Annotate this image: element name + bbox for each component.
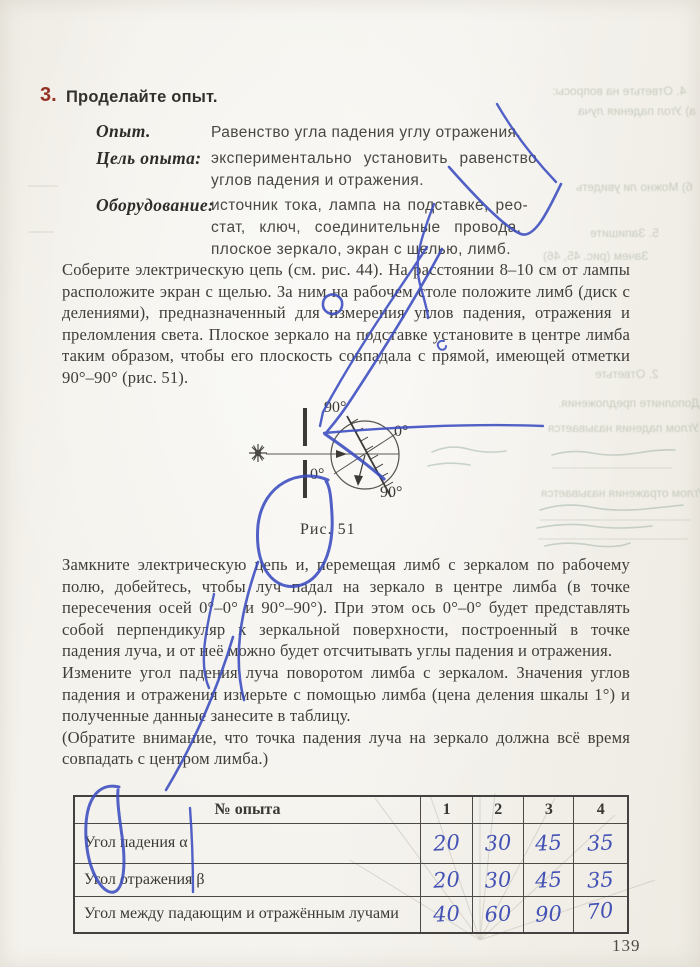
task-title: Проделайте опыт.: [66, 88, 218, 107]
light-source-icon: [249, 444, 267, 462]
results-table: № опыта 1 2 3 4 Угол падения α 20 30 45 …: [73, 795, 629, 934]
angle-label-90-bottom: 90°: [380, 484, 402, 501]
instruction-paragraphs-2: Замкните электрическую цепь и, перемещая…: [62, 554, 630, 770]
column-header: 1: [421, 796, 473, 823]
angle-label-90-top: 90°: [324, 399, 346, 416]
reflected-arrowhead: [354, 475, 363, 486]
page-number: 139: [612, 936, 641, 956]
equipment-line: стат, ключ, соединительные провода,: [211, 217, 537, 239]
figure-ris-51: 90° 0° 0° 90°: [200, 390, 540, 550]
handwritten-value: 20: [421, 866, 473, 893]
figure-caption: Рис. 51: [300, 521, 356, 539]
ray-arrowhead: [336, 450, 347, 458]
instruction-paragraph: Соберите электрическую цепь (см. рис. 44…: [62, 259, 630, 389]
handwritten-value: 20: [421, 830, 473, 857]
paragraph: Измените угол падения луча поворотом лим…: [62, 662, 630, 727]
table-header-row: № опыта 1 2 3 4: [74, 796, 628, 823]
angle-label-0-left: 0°: [310, 466, 324, 483]
table-corner-header: № опыта: [74, 796, 421, 823]
experiment-label: Опыт.: [96, 121, 151, 142]
optics-diagram: 90° 0° 0° 90°: [200, 390, 540, 550]
handwritten-value: 40: [421, 901, 473, 928]
task-number: 3.: [40, 84, 57, 107]
paragraph: Замкните электрическую цепь и, перемещая…: [62, 554, 630, 662]
column-header: 4: [574, 796, 628, 823]
workbook-page: { "page": { "number": "139" }, "header":…: [0, 0, 700, 967]
row-label: Угол отражения β: [74, 863, 421, 896]
table-row: Угол между падающим и отражённым лучами …: [74, 896, 628, 933]
column-header: 3: [524, 796, 574, 823]
handwritten-value: 30: [473, 866, 524, 893]
equipment-line: источник тока, лампа на подставке, рео-: [211, 195, 537, 217]
goal-label: Цель опыта:: [96, 148, 202, 169]
equipment-line: плоское зеркало, экран с щелью, лимб.: [211, 239, 537, 261]
row-label: Угол между падающим и отражённым лучами: [74, 896, 421, 933]
reflected-ray: [359, 455, 365, 478]
equipment-label: Оборудование:: [96, 195, 214, 216]
goal-line: экспериментально установить равенство: [211, 148, 537, 170]
table-row: Угол падения α 20 30 45 35: [74, 823, 628, 863]
angle-label-0-right: 0°: [394, 423, 408, 440]
handwritten-value: 60: [473, 901, 524, 928]
goal-line: углов падения и отражения.: [211, 170, 537, 192]
handwritten-value: 45: [524, 866, 574, 893]
handwritten-value: 90: [524, 901, 574, 928]
experiment-values: Равенство угла падения углу отражения. э…: [211, 122, 537, 261]
paragraph: (Обратите внимание, что точка падения лу…: [62, 727, 630, 770]
handwritten-value: 45: [524, 830, 574, 857]
handwritten-value: 70: [573, 897, 628, 925]
handwritten-value: 30: [473, 830, 524, 857]
handwritten-value: 35: [574, 830, 628, 857]
experiment-topic: Равенство угла падения углу отражения.: [211, 122, 537, 144]
table-row: Угол отражения β 20 30 45 35: [74, 863, 628, 896]
column-header: 2: [473, 796, 524, 823]
handwritten-value: 35: [574, 866, 628, 893]
row-label: Угол падения α: [74, 823, 421, 863]
